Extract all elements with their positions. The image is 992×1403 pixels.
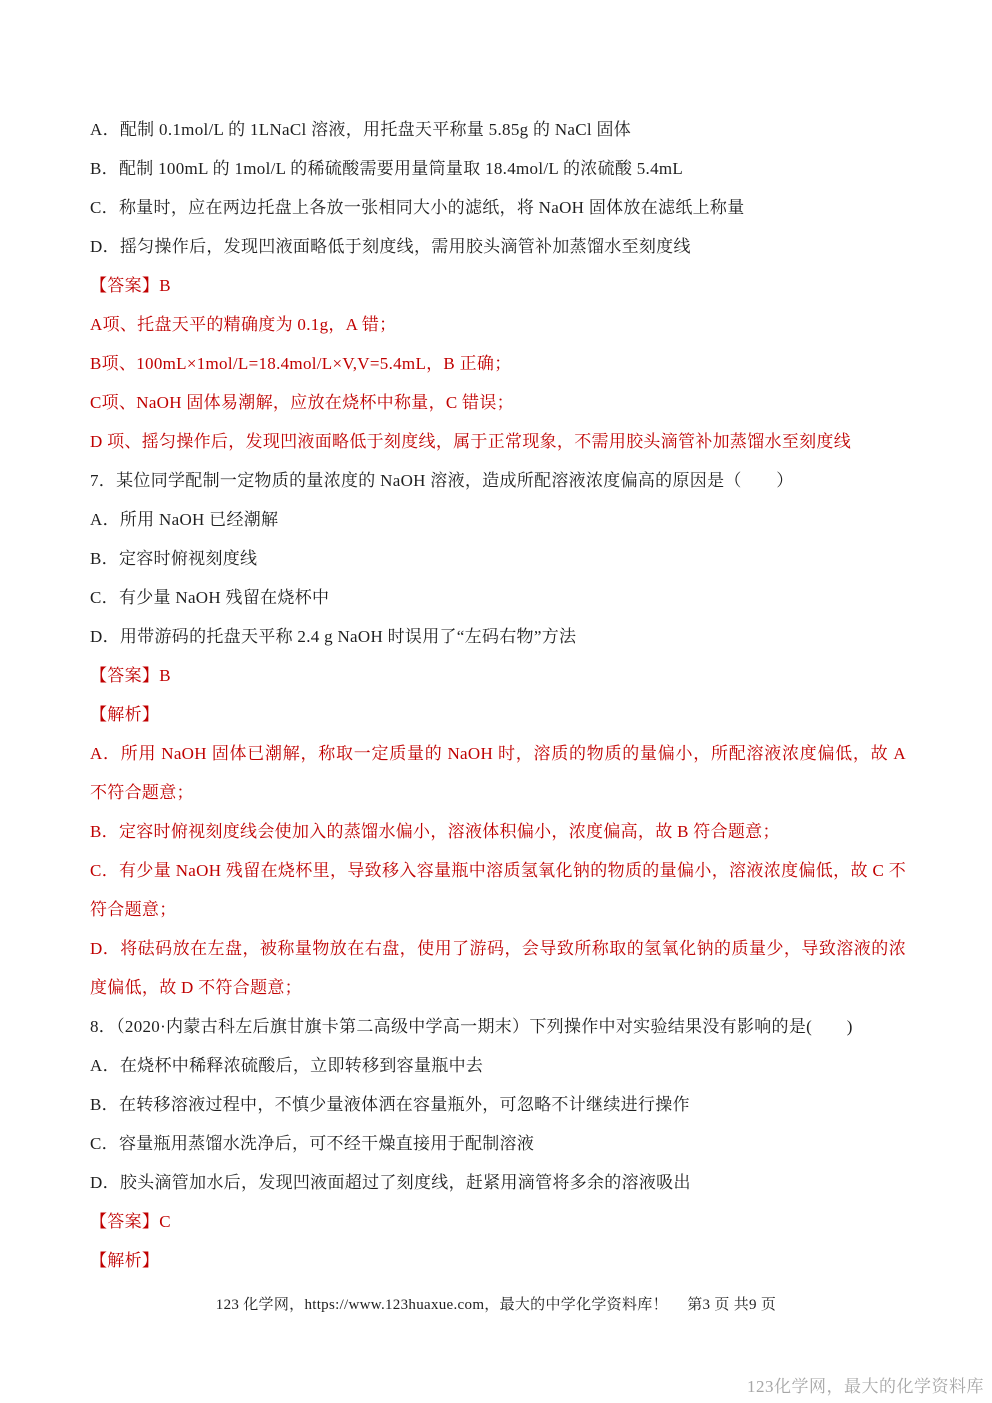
q7-answer: 【答案】B xyxy=(90,656,906,695)
q7-analysis-b: B．定容时俯视刻度线会使加入的蒸馏水偏小，溶液体积偏小，浓度偏高，故 B 符合题… xyxy=(90,812,906,851)
q6-analysis-c: C项、NaOH 固体易潮解，应放在烧杯中称量，C 错误； xyxy=(90,383,906,422)
q8-option-a: A．在烧杯中稀释浓硫酸后，立即转移到容量瓶中去 xyxy=(90,1046,906,1085)
q8-stem: 8．（2020·内蒙古科左后旗甘旗卡第二高级中学高一期末）下列操作中对实验结果没… xyxy=(90,1007,906,1046)
q7-option-c: C．有少量 NaOH 残留在烧杯中 xyxy=(90,578,906,617)
q7-option-d: D．用带游码的托盘天平称 2.4 g NaOH 时误用了“左码右物”方法 xyxy=(90,617,906,656)
q6-analysis-b: B项、100mL×1mol/L=18.4mol/L×V,V=5.4mL，B 正确… xyxy=(90,344,906,383)
document-page: A．配制 0.1mol/L 的 1LNaCl 溶液，用托盘天平称量 5.85g … xyxy=(0,0,992,1403)
q7-analysis-tag: 【解析】 xyxy=(90,695,906,734)
q6-option-c: C．称量时，应在两边托盘上各放一张相同大小的滤纸，将 NaOH 固体放在滤纸上称… xyxy=(90,188,906,227)
q8-option-d: D．胶头滴管加水后，发现凹液面超过了刻度线，赶紧用滴管将多余的溶液吸出 xyxy=(90,1163,906,1202)
q6-option-b: B．配制 100mL 的 1mol/L 的稀硫酸需要用量筒量取 18.4mol/… xyxy=(90,149,906,188)
q8-option-b: B．在转移溶液过程中，不慎少量液体洒在容量瓶外，可忽略不计继续进行操作 xyxy=(90,1085,906,1124)
document-content: A．配制 0.1mol/L 的 1LNaCl 溶液，用托盘天平称量 5.85g … xyxy=(90,110,906,1280)
q6-analysis-d: D 项、摇匀操作后，发现凹液面略低于刻度线，属于正常现象，不需用胶头滴管补加蒸馏… xyxy=(90,422,906,461)
q8-option-c: C．容量瓶用蒸馏水洗净后，可不经干燥直接用于配制溶液 xyxy=(90,1124,906,1163)
q8-answer: 【答案】C xyxy=(90,1202,906,1241)
q6-option-a: A．配制 0.1mol/L 的 1LNaCl 溶液，用托盘天平称量 5.85g … xyxy=(90,110,906,149)
q6-option-d: D．摇匀操作后，发现凹液面略低于刻度线，需用胶头滴管补加蒸馏水至刻度线 xyxy=(90,227,906,266)
page-footer: 123 化学网，https://www.123huaxue.com，最大的中学化… xyxy=(0,1293,992,1314)
q7-option-b: B．定容时俯视刻度线 xyxy=(90,539,906,578)
q7-stem: 7．某位同学配制一定物质的量浓度的 NaOH 溶液，造成所配溶液浓度偏高的原因是… xyxy=(90,461,906,500)
q8-analysis-tag: 【解析】 xyxy=(90,1241,906,1280)
q7-analysis-d: D．将砝码放在左盘，被称量物放在右盘，使用了游码，会导致所称取的氢氧化钠的质量少… xyxy=(90,929,906,1007)
watermark: 123化学网，最大的化学资料库 xyxy=(747,1372,984,1397)
q6-analysis-a: A项、托盘天平的精确度为 0.1g，A 错； xyxy=(90,305,906,344)
q6-answer: 【答案】B xyxy=(90,266,906,305)
q7-analysis-a: A．所用 NaOH 固体已潮解，称取一定质量的 NaOH 时，溶质的物质的量偏小… xyxy=(90,734,906,812)
q7-analysis-c: C．有少量 NaOH 残留在烧杯里，导致移入容量瓶中溶质氢氧化钠的物质的量偏小，… xyxy=(90,851,906,929)
q7-option-a: A．所用 NaOH 已经潮解 xyxy=(90,500,906,539)
